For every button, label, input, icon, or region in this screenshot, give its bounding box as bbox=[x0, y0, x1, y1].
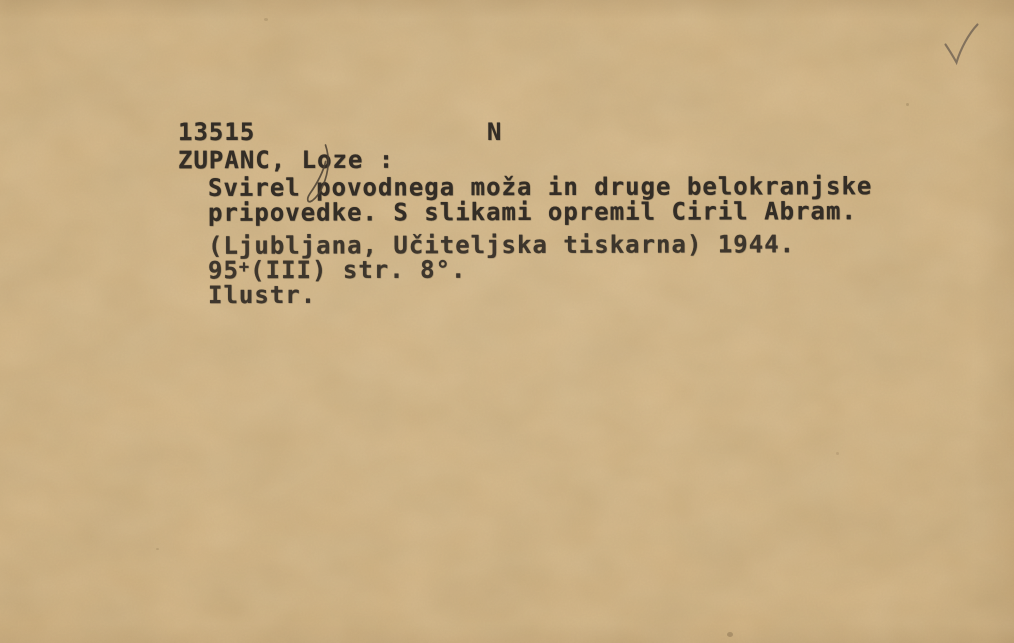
imprint-line: (Ljubljana, Učiteljska tiskarna) 1944. bbox=[208, 232, 795, 258]
checkmark-icon bbox=[946, 25, 978, 63]
title-line-1: Svirel povodnega moža in druge belokranj… bbox=[208, 174, 872, 200]
illustration-note: Ilustr. bbox=[208, 283, 316, 307]
title-line-2: pripovedke. S slikami opremil Ciril Abra… bbox=[208, 199, 857, 225]
catalog-card: 13515 N ZUPANC, Loze : Svirel povodnega … bbox=[0, 0, 1014, 643]
collation-plus: + bbox=[239, 257, 250, 277]
paper-speck bbox=[727, 632, 733, 637]
paper-speck bbox=[906, 103, 909, 106]
paper-speck bbox=[836, 452, 839, 455]
paper-texture bbox=[0, 0, 1014, 643]
author-heading: ZUPANC, Loze : bbox=[178, 148, 394, 173]
paper-speck bbox=[156, 548, 159, 550]
scan-vignette bbox=[0, 0, 1014, 643]
catalog-number: 13515 bbox=[178, 120, 255, 144]
collation-rest: (III) str. 8°. bbox=[250, 256, 466, 285]
paper-speck bbox=[264, 18, 268, 21]
classification-letter: N bbox=[487, 120, 503, 144]
